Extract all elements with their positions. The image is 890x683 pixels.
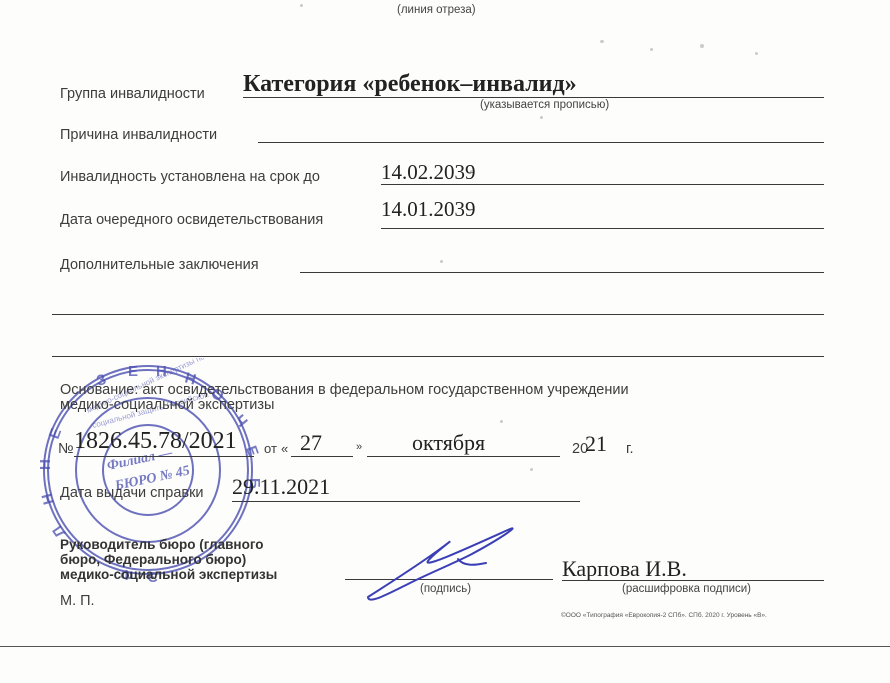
disability-group-underline: [243, 97, 824, 98]
signature-icon: [360, 525, 540, 605]
signatory-name-underline: [562, 580, 824, 581]
act-month-value: октября: [412, 430, 485, 456]
act-from-label: от: [264, 441, 277, 456]
bottom-cut-line: [0, 646, 890, 647]
established-until-underline: [381, 184, 824, 185]
signatory-name-hint: (расшифровка подписи): [622, 583, 751, 595]
disability-group-value: Категория «ребенок–инвалид»: [243, 71, 577, 98]
svg-text:Н: Н: [38, 459, 54, 470]
act-number-underline: [74, 456, 254, 457]
seal-label: М. П.: [60, 593, 95, 609]
signatory-title: Руководитель бюро (главного бюро, Федера…: [60, 537, 277, 582]
act-day-value: 27: [300, 430, 322, 456]
issue-date-underline: [232, 501, 580, 502]
svg-text:Е: Е: [128, 363, 138, 380]
act-month-underline: [367, 456, 560, 457]
printer-note: ©ООО «Типография «Еврокопия-2 СПб». СПб.…: [561, 612, 767, 619]
next-examination-value: 14.01.2039: [381, 197, 476, 222]
additional-conclusions-line-3: [52, 356, 824, 357]
signatory-name: Карпова И.В.: [562, 556, 687, 582]
act-quote-close: »: [356, 441, 362, 453]
basis-text-line-2: медико-социальной экспертизы: [60, 398, 629, 413]
act-number-prefix: №: [58, 441, 74, 457]
additional-conclusions-underline: [300, 272, 824, 273]
cut-line-label: (линия отреза): [397, 4, 476, 16]
basis-text-line-1: Основание: акт освидетельствования в фед…: [60, 383, 629, 398]
disability-cause-label: Причина инвалидности: [60, 127, 217, 143]
additional-conclusions-line-2: [52, 314, 824, 315]
signatory-title-line-1: Руководитель бюро (главного: [60, 537, 277, 552]
disability-cause-underline: [258, 142, 824, 143]
issue-date-label: Дата выдачи справки: [60, 485, 204, 501]
act-day-underline: [291, 456, 353, 457]
act-quote-open: «: [281, 441, 288, 456]
established-until-value: 14.02.2039: [381, 160, 476, 185]
act-year-label: г.: [626, 441, 634, 457]
signatory-title-line-3: медико-социальной экспертизы: [60, 567, 277, 582]
disability-group-hint: (указывается прописью): [480, 99, 609, 111]
act-number-value: 1826.45.78/2021: [74, 428, 237, 455]
additional-conclusions-label: Дополнительные заключения: [60, 257, 259, 273]
basis-text: Основание: акт освидетельствования в фед…: [60, 383, 629, 413]
established-until-label: Инвалидность установлена на срок до: [60, 169, 320, 185]
act-year-suffix: 21: [585, 431, 607, 457]
signatory-title-line-2: бюро, Федерального бюро): [60, 552, 277, 567]
next-examination-underline: [381, 228, 824, 229]
next-examination-label: Дата очередного освидетельствования: [60, 212, 323, 228]
issue-date-value: 29.11.2021: [232, 474, 330, 500]
disability-group-label: Группа инвалидности: [60, 86, 205, 102]
